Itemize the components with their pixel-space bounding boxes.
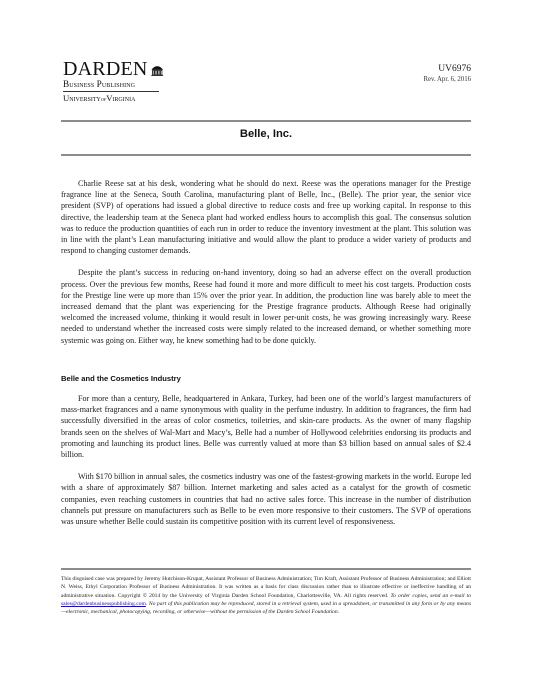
rotunda-icon: [151, 62, 163, 78]
logo-business-publishing: Business Publishing: [63, 79, 163, 90]
title-bottom-rule: [61, 154, 471, 156]
footnote: This disguised case was prepared by Jere…: [61, 575, 471, 616]
page-title: Belle, Inc.: [61, 128, 471, 140]
paragraph: For more than a century, Belle, headquar…: [61, 393, 471, 460]
darden-logo: DARDEN Business Publishing UniversityofV…: [63, 60, 163, 106]
case-reference: UV6976 Rev. Apr. 6, 2016: [423, 64, 471, 84]
paragraph: Despite the plant’s success in reducing …: [61, 267, 471, 345]
footnote-rule: [61, 568, 471, 570]
revision-date: Rev. Apr. 6, 2016: [423, 75, 471, 84]
logo-divider: [63, 91, 159, 92]
document-page: DARDEN Business Publishing UniversityofV…: [0, 0, 533, 690]
paragraph: Charlie Reese sat at his desk, wondering…: [61, 178, 471, 256]
case-number: UV6976: [423, 64, 471, 75]
cosmetics-section: For more than a century, Belle, headquar…: [61, 393, 471, 527]
logo-darden-text: DARDEN: [63, 60, 148, 78]
intro-section: Charlie Reese sat at his desk, wondering…: [61, 178, 471, 346]
paragraph: With $170 billion in annual sales, the c…: [61, 471, 471, 527]
email-link[interactable]: sales@dardenbusinesspublishing.com: [61, 601, 146, 607]
title-top-rule: [61, 120, 471, 122]
logo-university-of-virginia: UniversityofVirginia: [63, 93, 163, 106]
section-heading: Belle and the Cosmetics Industry: [61, 374, 181, 383]
